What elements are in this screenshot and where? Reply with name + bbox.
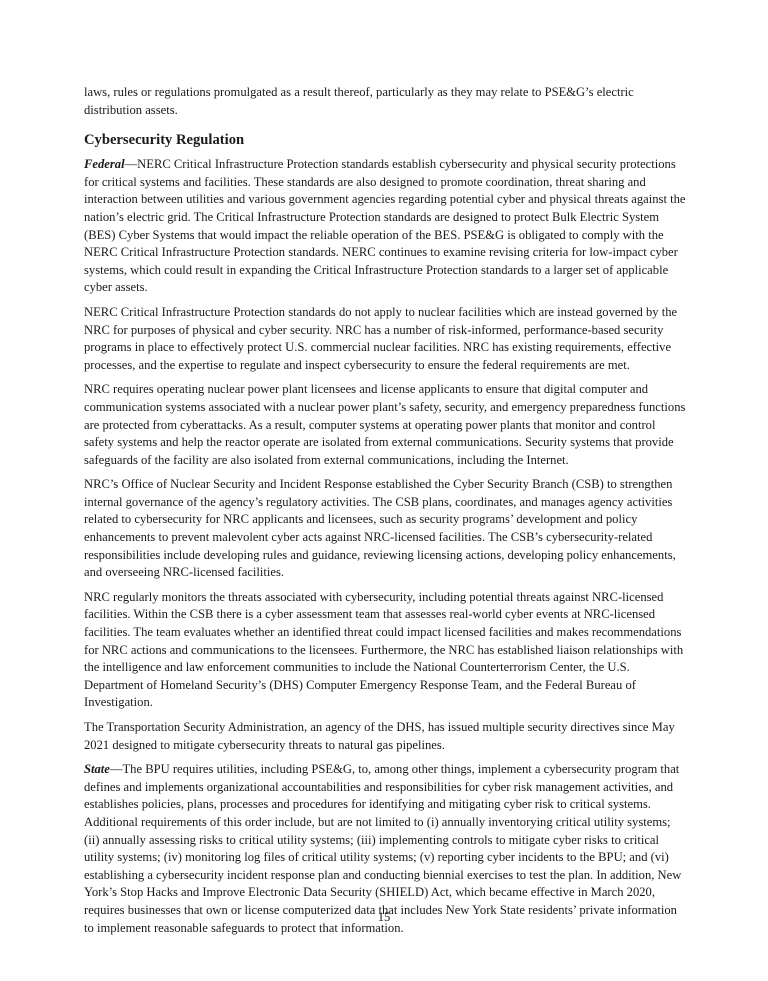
intro-paragraph: laws, rules or regulations promulgated a… [84, 84, 688, 119]
paragraph-nrc-monitoring: NRC regularly monitors the threats assoc… [84, 589, 688, 712]
section-heading: Cybersecurity Regulation [84, 131, 688, 149]
paragraph-lead-state: State [84, 762, 110, 776]
paragraph-text: —NERC Critical Infrastructure Protection… [84, 157, 686, 294]
paragraph-tsa: The Transportation Security Administrati… [84, 719, 688, 754]
paragraph-text: —The BPU requires utilities, including P… [84, 762, 681, 934]
paragraph-nrc-requirements: NRC requires operating nuclear power pla… [84, 381, 688, 469]
paragraph-federal: Federal—NERC Critical Infrastructure Pro… [84, 156, 688, 297]
paragraph-lead-federal: Federal [84, 157, 125, 171]
paragraph-nrc-governance: NERC Critical Infrastructure Protection … [84, 304, 688, 374]
page-number: 15 [0, 910, 768, 925]
paragraph-csb: NRC’s Office of Nuclear Security and Inc… [84, 476, 688, 582]
document-page: laws, rules or regulations promulgated a… [84, 84, 688, 944]
